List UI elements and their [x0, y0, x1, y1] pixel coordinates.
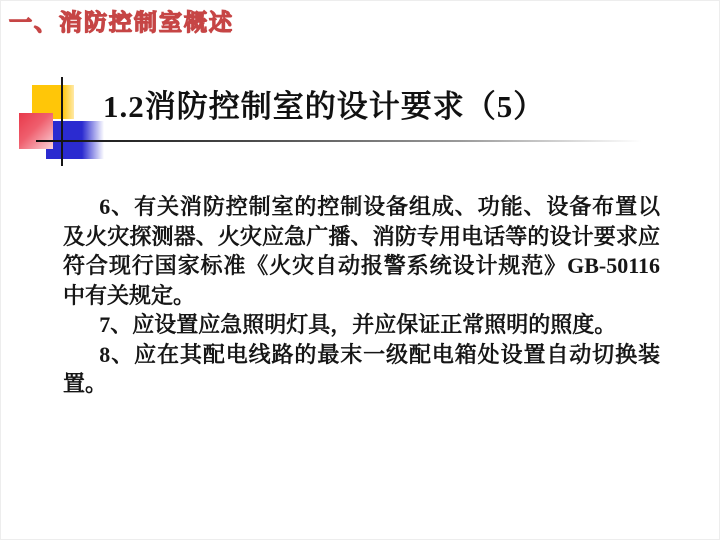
slide-body: 6、有关消防控制室的控制设备组成、功能、设备布置以及火灾探测器、火灾应急广播、消… — [63, 192, 660, 399]
presentation-slide: 一、消防控制室概述 1.2消防控制室的设计要求（5） 6、有关消防控制室的控制设… — [0, 0, 720, 540]
body-item-8: 8、应在其配电线路的最末一级配电箱处设置自动切换装置。 — [63, 340, 660, 399]
section-header: 一、消防控制室概述 — [9, 4, 234, 37]
vertical-line-decor — [61, 77, 63, 166]
title-underline — [36, 140, 642, 142]
slide-title: 1.2消防控制室的设计要求（5） — [103, 81, 703, 126]
body-item-7: 7、应设置应急照明灯具，并应保证正常照明的照度。 — [63, 310, 660, 340]
body-item-6: 6、有关消防控制室的控制设备组成、功能、设备布置以及火灾探测器、火灾应急广播、消… — [63, 192, 660, 310]
red-square-decor — [19, 113, 53, 149]
